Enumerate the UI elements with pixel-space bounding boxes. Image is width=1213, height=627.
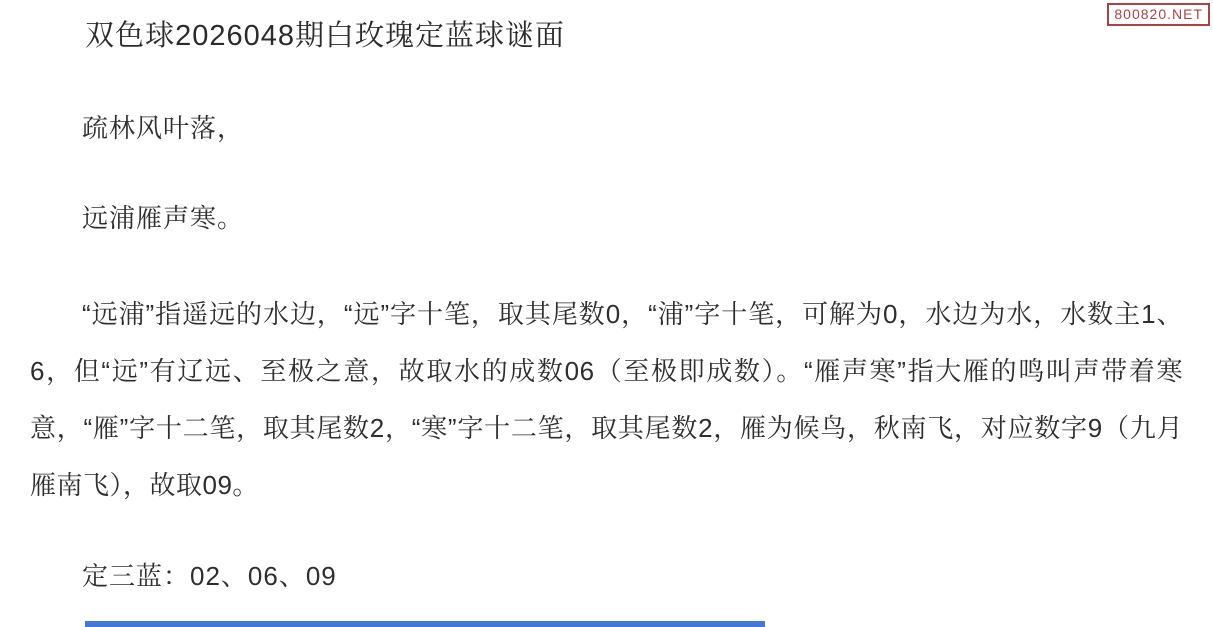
article-content: 双色球2026048期白玫瑰定蓝球谜面 疏林风叶落， 远浦雁声寒。 “远浦”指遥… [0,0,1213,596]
conclusion-line: 定三蓝：02、06、09 [30,556,1183,596]
analysis-paragraph: “远浦”指遥远的水边，“远”字十笔，取其尾数0，“浦”字十笔，可解为0，水边为水… [30,286,1183,514]
site-watermark: 800820.NET [1107,3,1210,26]
article-page: 800820.NET 双色球2026048期白玫瑰定蓝球谜面 疏林风叶落， 远浦… [0,0,1213,627]
poem-line-1: 疏林风叶落， [30,108,1183,148]
bottom-accent-bar [85,621,765,627]
poem-line-2: 远浦雁声寒。 [30,198,1183,238]
article-title: 双色球2026048期白玫瑰定蓝球谜面 [30,14,1183,58]
